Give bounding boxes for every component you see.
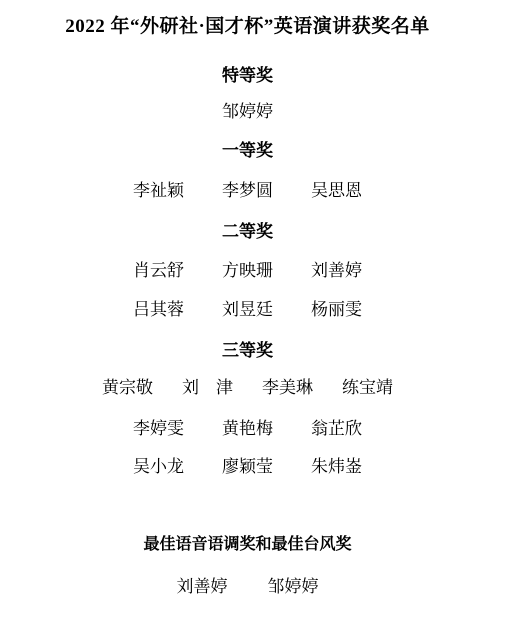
winner-name: 练宝靖 [342,379,393,396]
winner-name: 黄艳梅 [222,420,273,437]
winner-name: 黄宗敬 [102,379,153,396]
heading-third-prize: 三等奖 [0,342,495,359]
winner-name: 吕其蓉 [133,301,184,318]
winner-name: 肖云舒 [133,262,184,279]
best-awards-winners-row: 刘善婷 邹婷婷 [0,578,495,595]
first-prize-winners-row: 李祉颖 李梦圆 吴思恩 [0,182,495,199]
heading-first-prize: 一等奖 [0,142,495,159]
winner-name: 吴小龙 [133,458,184,475]
second-prize-winners-row-1: 肖云舒 方映珊 刘善婷 [0,262,495,279]
winner-name: 刘善婷 [311,262,362,279]
winner-name: 李梦圆 [222,182,273,199]
heading-best-pronunciation-and-stage-awards: 最佳语音语调奖和最佳台风奖 [0,537,495,553]
third-prize-winners-row-1: 黄宗敬 刘 津 李美琳 练宝靖 [0,379,495,396]
winner-name: 方映珊 [222,262,273,279]
special-prize-winners-row: 邹婷婷 [0,103,495,120]
document-title: 2022 年“外研社·国才杯”英语演讲获奖名单 [0,17,495,36]
document-page: 2022 年“外研社·国才杯”英语演讲获奖名单 特等奖 邹婷婷 一等奖 李祉颖 … [0,0,507,622]
winner-name: 朱炜崟 [311,458,362,475]
heading-special-prize: 特等奖 [0,67,495,84]
winner-name: 邹婷婷 [268,578,319,595]
third-prize-winners-row-3: 吴小龙 廖颖莹 朱炜崟 [0,458,495,475]
winner-name: 刘昱廷 [222,301,273,318]
third-prize-winners-row-2: 李婷雯 黄艳梅 翁芷欣 [0,420,495,437]
winner-name: 邹婷婷 [222,103,273,120]
heading-second-prize: 二等奖 [0,223,495,240]
winner-name: 李婷雯 [133,420,184,437]
winner-name: 廖颖莹 [222,458,273,475]
winner-name: 李祉颖 [133,182,184,199]
winner-name: 杨丽雯 [311,301,362,318]
winner-name: 翁芷欣 [311,420,362,437]
second-prize-winners-row-2: 吕其蓉 刘昱廷 杨丽雯 [0,301,495,318]
winner-name: 吴思恩 [311,182,362,199]
winner-name: 刘 津 [182,379,233,396]
winner-name: 李美琳 [262,379,313,396]
winner-name: 刘善婷 [177,578,228,595]
